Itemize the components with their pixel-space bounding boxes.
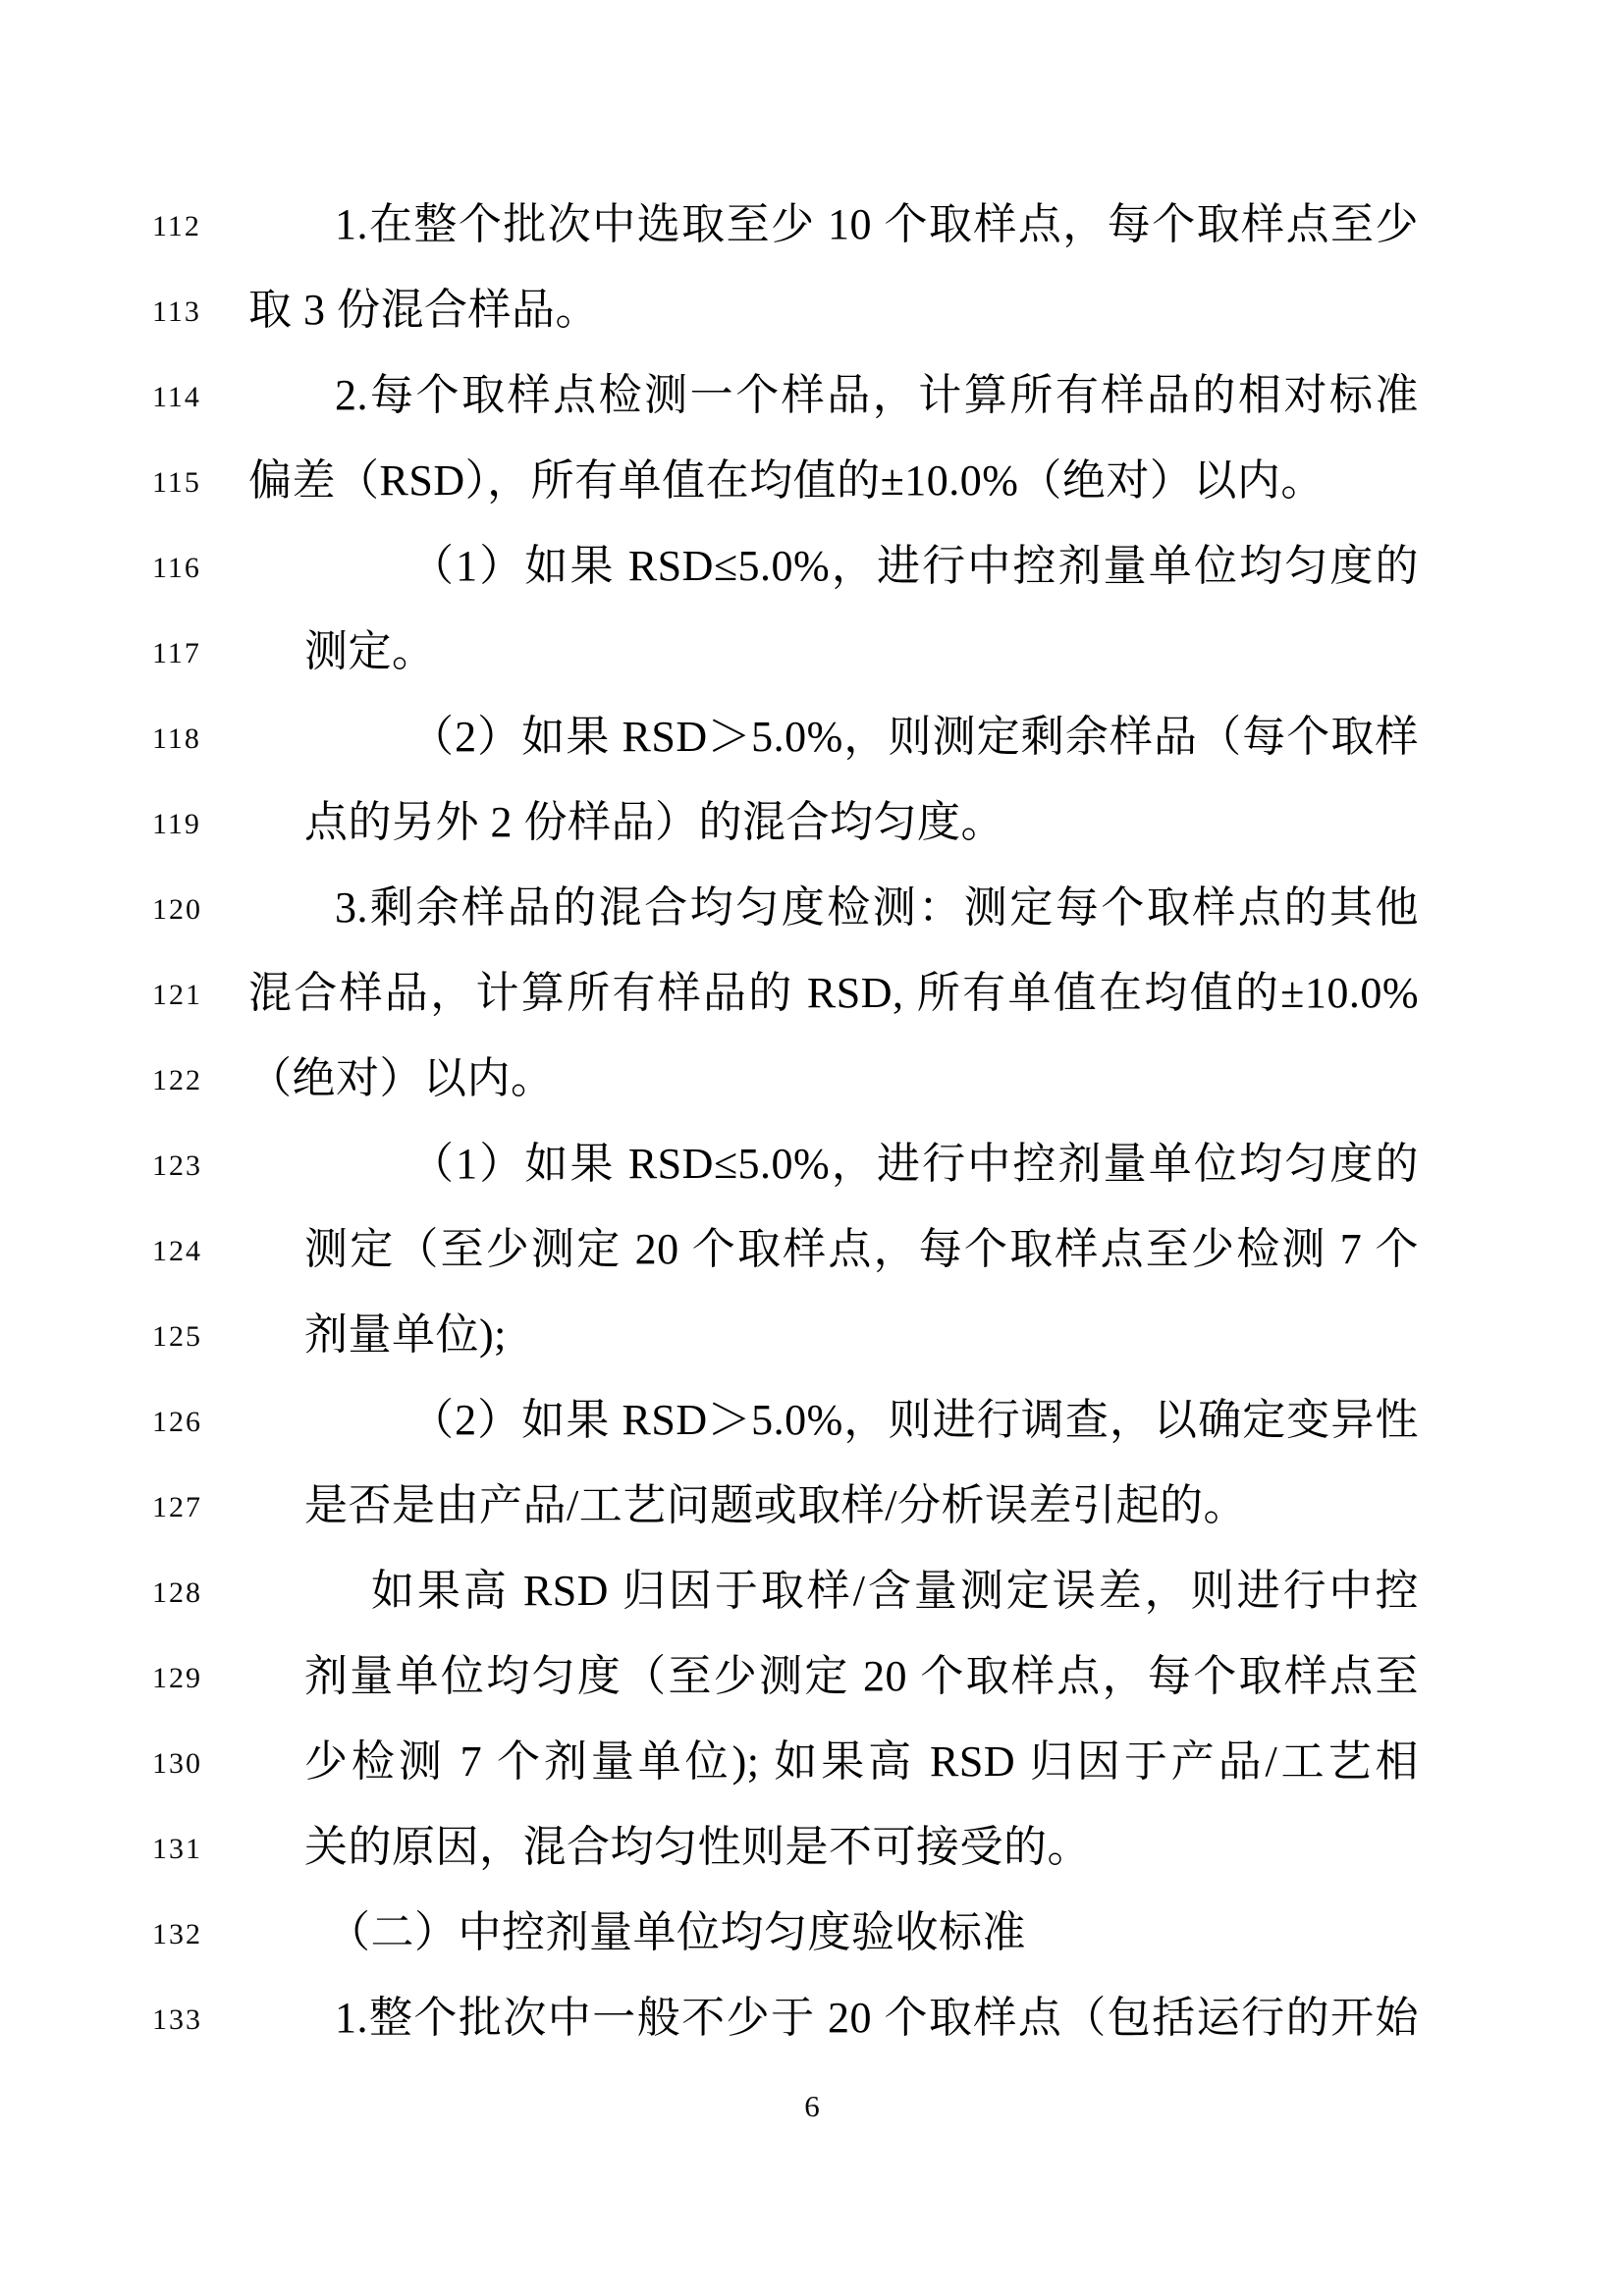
line-number: 115 <box>152 466 201 500</box>
line-number: 113 <box>152 295 201 329</box>
line-number: 122 <box>152 1064 202 1097</box>
document-line: 1331.整个批次中一般不少于 20 个取样点（包括运行的开始 <box>0 1975 1624 2060</box>
document-lines: 1121.在整个批次中选取至少 10 个取样点，每个取样点至少113取 3 份混… <box>0 182 1624 2060</box>
document-line: 131关的原因，混合均匀性则是不可接受的。 <box>0 1804 1624 1890</box>
document-line: 1142.每个取样点检测一个样品，计算所有样品的相对标准 <box>0 352 1624 438</box>
document-line: 113取 3 份混合样品。 <box>0 267 1624 352</box>
document-line: 123（1）如果 RSD≤5.0%，进行中控剂量单位均匀度的 <box>0 1121 1624 1206</box>
line-text: 点的另外 2 份样品）的混合均匀度。 <box>248 792 1419 853</box>
document-line: 1203.剩余样品的混合均匀度检测：测定每个取样点的其他 <box>0 865 1624 950</box>
line-text: 测定（至少测定 20 个取样点，每个取样点至少检测 7 个 <box>248 1219 1419 1280</box>
line-text: 少检测 7 个剂量单位); 如果高 RSD 归因于产品/工艺相 <box>248 1732 1419 1792</box>
document-line: 121混合样品，计算所有样品的 RSD, 所有单值在均值的±10.0% <box>0 950 1624 1036</box>
document-line: 122（绝对）以内。 <box>0 1036 1624 1121</box>
line-number: 118 <box>152 722 201 756</box>
line-text: 剂量单位); <box>248 1305 1419 1365</box>
page-number: 6 <box>0 2089 1624 2124</box>
document-page: 1121.在整个批次中选取至少 10 个取样点，每个取样点至少113取 3 份混… <box>0 0 1624 2296</box>
line-number: 117 <box>152 637 201 670</box>
document-line: 132（二）中控剂量单位均匀度验收标准 <box>0 1890 1624 1975</box>
line-text: 1.整个批次中一般不少于 20 个取样点（包括运行的开始 <box>248 1988 1419 2049</box>
document-line: 125剂量单位); <box>0 1292 1624 1377</box>
line-text: 测定。 <box>248 621 1419 682</box>
line-number: 125 <box>152 1320 202 1354</box>
line-number: 127 <box>152 1491 202 1524</box>
document-line: 1121.在整个批次中选取至少 10 个取样点，每个取样点至少 <box>0 182 1624 267</box>
line-number: 131 <box>152 1833 202 1866</box>
line-text: 偏差（RSD），所有单值在均值的±10.0%（绝对）以内。 <box>248 451 1419 511</box>
document-line: 128如果高 RSD 归因于取样/含量测定误差，则进行中控 <box>0 1548 1624 1633</box>
line-number: 128 <box>152 1576 202 1610</box>
line-number: 132 <box>152 1918 202 1951</box>
document-line: 118（2）如果 RSD＞5.0%，则测定剩余样品（每个取样 <box>0 694 1624 779</box>
line-text: 如果高 RSD 归因于取样/含量测定误差，则进行中控 <box>248 1561 1419 1622</box>
line-text: （绝对）以内。 <box>248 1048 1419 1109</box>
line-text: 2.每个取样点检测一个样品，计算所有样品的相对标准 <box>248 365 1419 426</box>
line-number: 116 <box>152 552 201 585</box>
document-line: 119点的另外 2 份样品）的混合均匀度。 <box>0 779 1624 865</box>
line-number: 130 <box>152 1747 202 1781</box>
line-number: 133 <box>152 2003 202 2037</box>
document-line: 115偏差（RSD），所有单值在均值的±10.0%（绝对）以内。 <box>0 438 1624 523</box>
line-text: （2）如果 RSD＞5.0%，则测定剩余样品（每个取样 <box>248 707 1419 768</box>
line-text: 是否是由产品/工艺问题或取样/分析误差引起的。 <box>248 1475 1419 1536</box>
document-line: 116（1）如果 RSD≤5.0%，进行中控剂量单位均匀度的 <box>0 523 1624 609</box>
line-text: （1）如果 RSD≤5.0%，进行中控剂量单位均匀度的 <box>248 536 1419 597</box>
line-text: 1.在整个批次中选取至少 10 个取样点，每个取样点至少 <box>248 194 1419 255</box>
document-line: 127是否是由产品/工艺问题或取样/分析误差引起的。 <box>0 1463 1624 1548</box>
line-text: 关的原因，混合均匀性则是不可接受的。 <box>248 1817 1419 1878</box>
line-text: （1）如果 RSD≤5.0%，进行中控剂量单位均匀度的 <box>248 1134 1419 1195</box>
document-line: 130少检测 7 个剂量单位); 如果高 RSD 归因于产品/工艺相 <box>0 1719 1624 1804</box>
line-number: 124 <box>152 1235 202 1268</box>
line-number: 112 <box>152 210 201 243</box>
line-number: 123 <box>152 1149 202 1183</box>
line-text: 取 3 份混合样品。 <box>248 280 1419 341</box>
line-text: 3.剩余样品的混合均匀度检测：测定每个取样点的其他 <box>248 878 1419 938</box>
line-text: 剂量单位均匀度（至少测定 20 个取样点，每个取样点至 <box>248 1646 1419 1707</box>
line-text: （2）如果 RSD＞5.0%，则进行调查，以确定变异性 <box>248 1390 1419 1451</box>
line-number: 119 <box>152 808 201 841</box>
line-text: （二）中控剂量单位均匀度验收标准 <box>248 1902 1419 1963</box>
line-text: 混合样品，计算所有样品的 RSD, 所有单值在均值的±10.0% <box>248 963 1419 1024</box>
line-number: 129 <box>152 1662 202 1695</box>
document-line: 117测定。 <box>0 609 1624 694</box>
document-line: 124测定（至少测定 20 个取样点，每个取样点至少检测 7 个 <box>0 1206 1624 1292</box>
line-number: 120 <box>152 893 202 927</box>
line-number: 114 <box>152 381 201 414</box>
document-line: 126（2）如果 RSD＞5.0%，则进行调查，以确定变异性 <box>0 1377 1624 1463</box>
line-number: 126 <box>152 1406 202 1439</box>
line-number: 121 <box>152 979 202 1012</box>
document-line: 129剂量单位均匀度（至少测定 20 个取样点，每个取样点至 <box>0 1633 1624 1719</box>
